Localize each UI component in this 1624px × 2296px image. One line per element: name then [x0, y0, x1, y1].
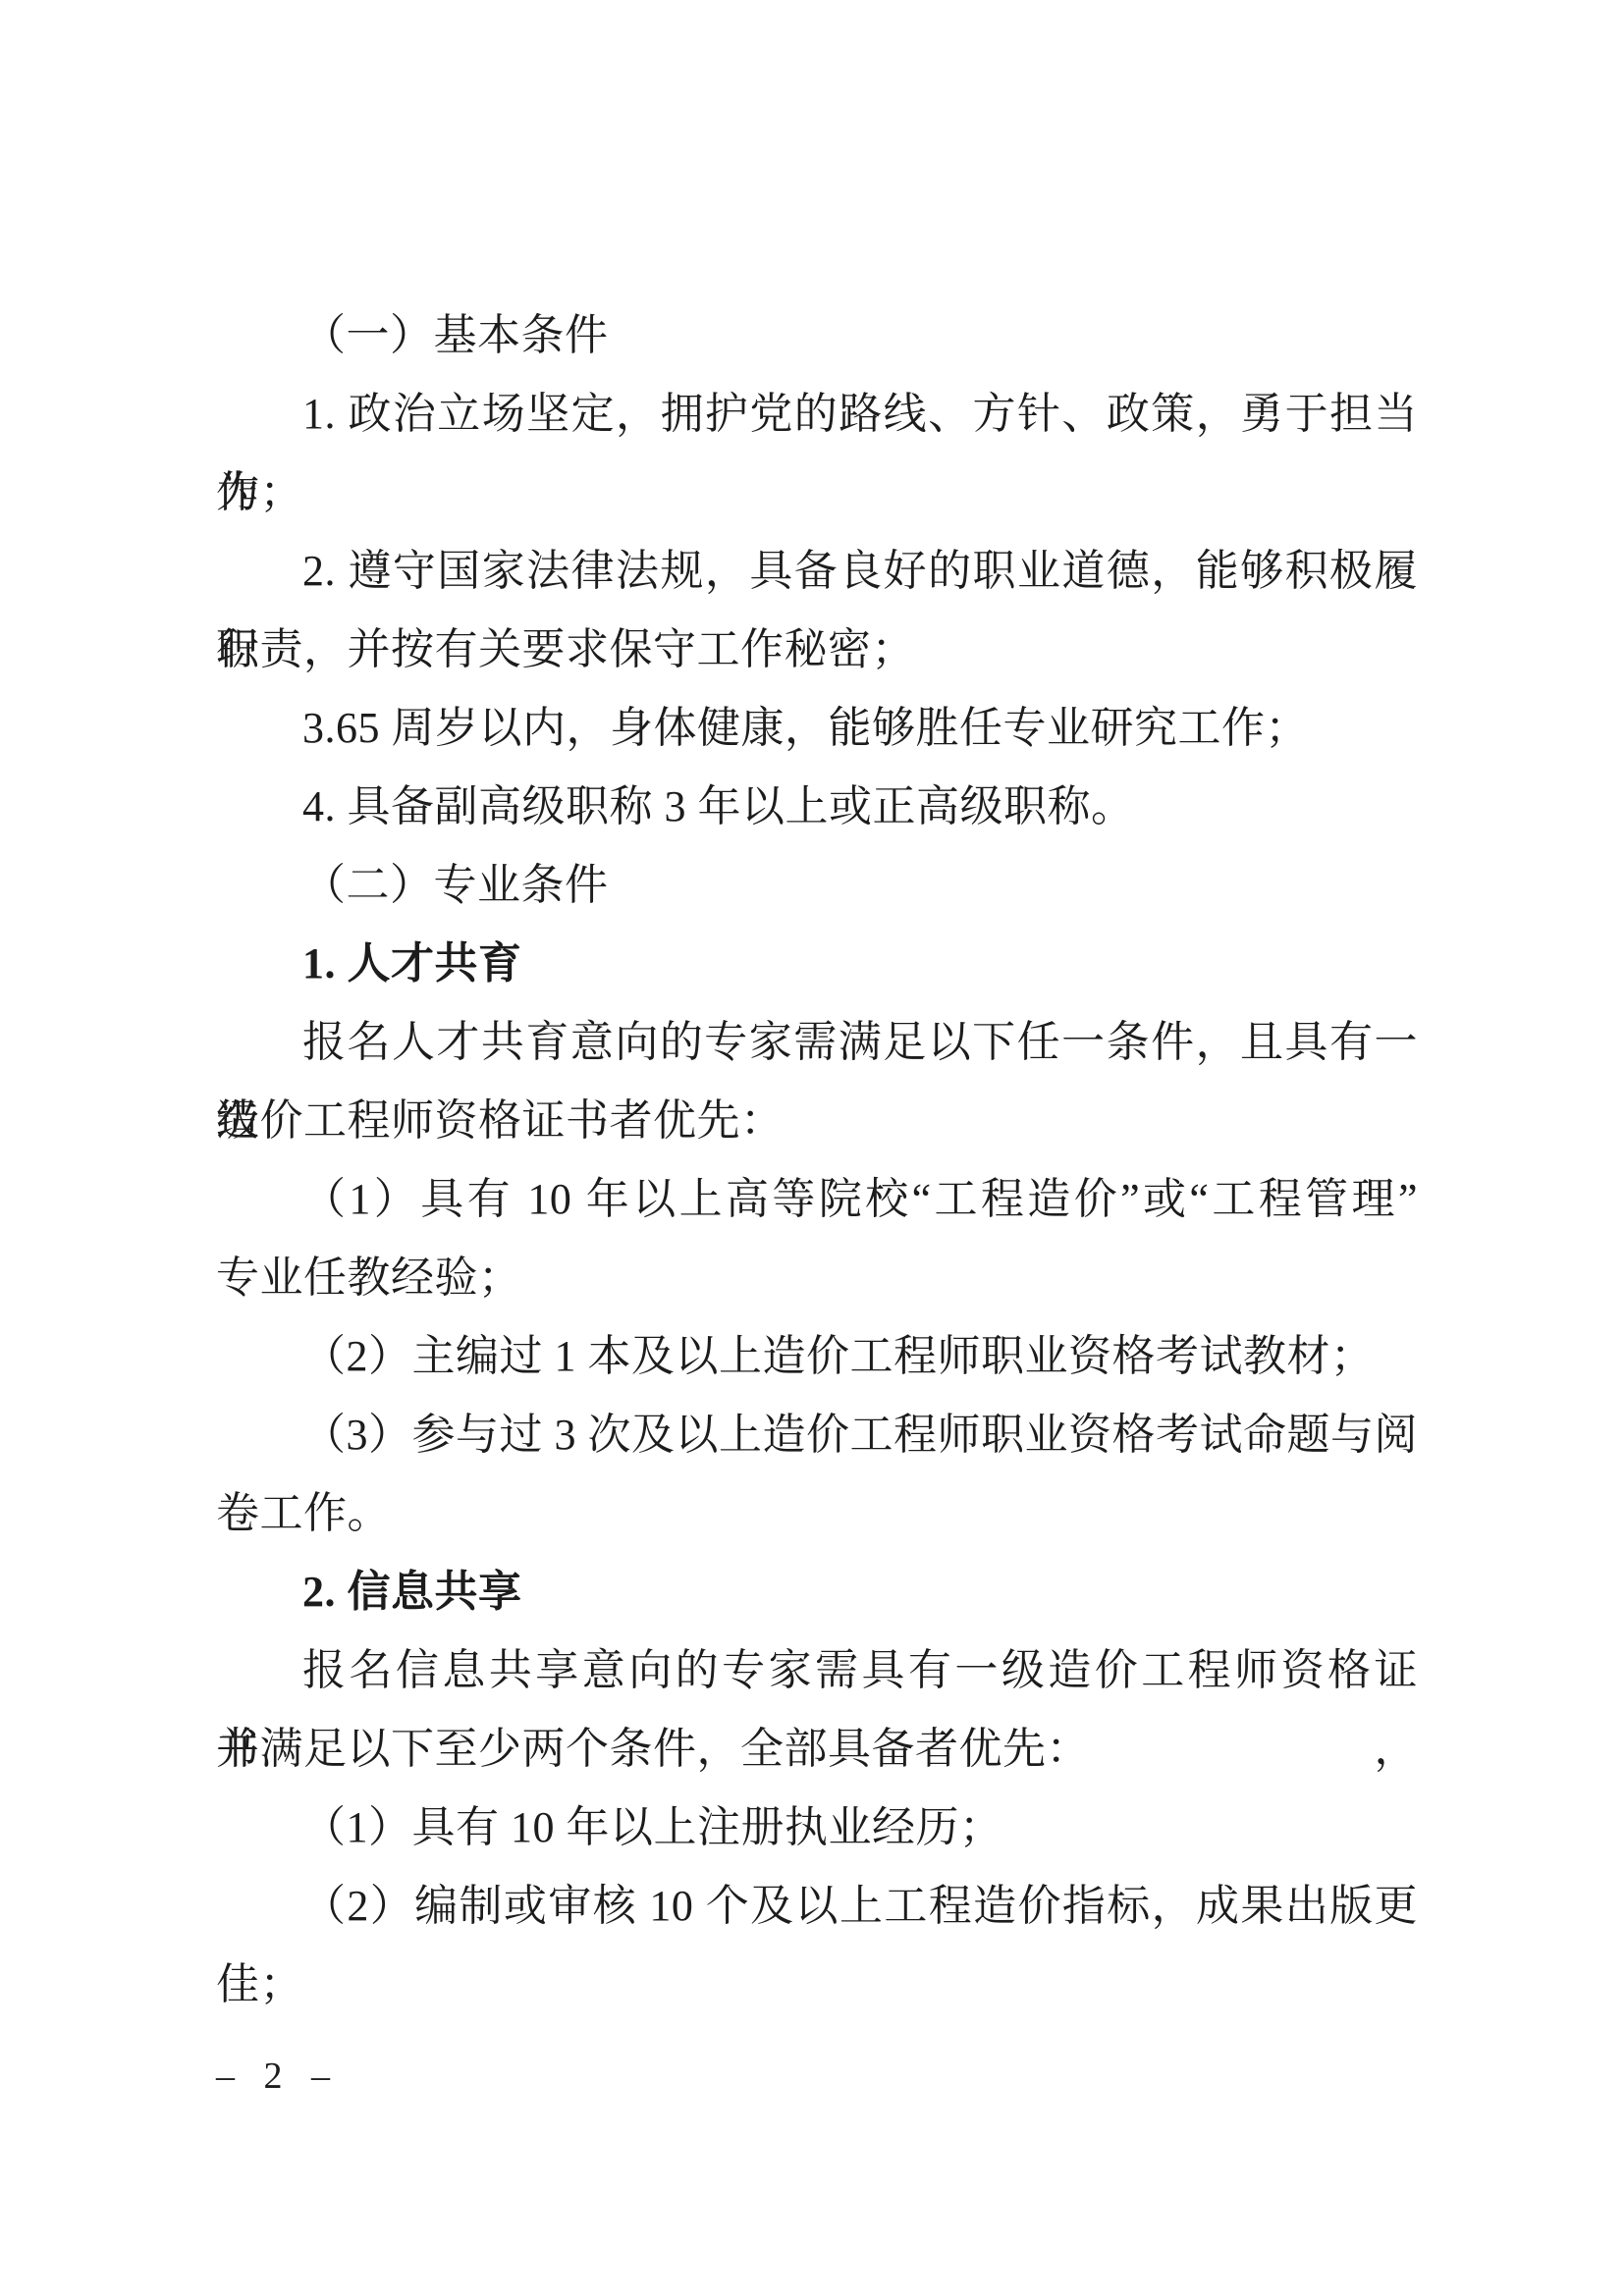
text-line: 4. 具备副高级职称 3 年以上或正高级职称。 — [216, 768, 1418, 846]
text-line: 1. 人才共育 — [216, 925, 1418, 1003]
text-line: 2. 遵守国家法律法规，具备良好的职业道德，能够积极履行 — [216, 532, 1418, 611]
page-number: – 2 – — [216, 2037, 340, 2115]
text-line: 2. 信息共享 — [216, 1553, 1418, 1631]
text-line: 1. 政治立场坚定，拥护党的路线、方针、政策，勇于担当作 — [216, 375, 1418, 454]
text-line: 造价工程师资格证书者优先： — [216, 1082, 1418, 1160]
text-line: （1）具有 10 年以上注册执业经历； — [216, 1789, 1418, 1867]
text-line: （2）编制或审核 10 个及以上工程造价指标，成果出版更 — [216, 1867, 1418, 1946]
text-line: 3.65 周岁以内，身体健康，能够胜任专业研究工作； — [216, 689, 1418, 768]
text-line: 卷工作。 — [216, 1474, 1418, 1553]
document-body: （一）基本条件1. 政治立场坚定，拥护党的路线、方针、政策，勇于担当作为；2. … — [216, 296, 1418, 2024]
text-line: （3）参与过 3 次及以上造价工程师职业资格考试命题与阅 — [216, 1396, 1418, 1474]
text-line: 专业任教经验； — [216, 1239, 1418, 1317]
text-line: 为； — [216, 454, 1418, 532]
document-page: （一）基本条件1. 政治立场坚定，拥护党的路线、方针、政策，勇于担当作为；2. … — [0, 0, 1624, 2296]
text-line: （一）基本条件 — [216, 296, 1418, 375]
text-line: 佳； — [216, 1946, 1418, 2024]
text-line: （二）专业条件 — [216, 846, 1418, 925]
text-line: 报名人才共育意向的专家需满足以下任一条件，且具有一级 — [216, 1003, 1418, 1082]
text-line: 职责，并按有关要求保守工作秘密； — [216, 611, 1418, 689]
text-line: （2）主编过 1 本及以上造价工程师职业资格考试教材； — [216, 1317, 1418, 1396]
text-line: 报名信息共享意向的专家需具有一级造价工程师资格证书， — [216, 1631, 1418, 1710]
text-line: （1）具有 10 年以上高等院校“工程造价”或“工程管理” — [216, 1160, 1418, 1239]
